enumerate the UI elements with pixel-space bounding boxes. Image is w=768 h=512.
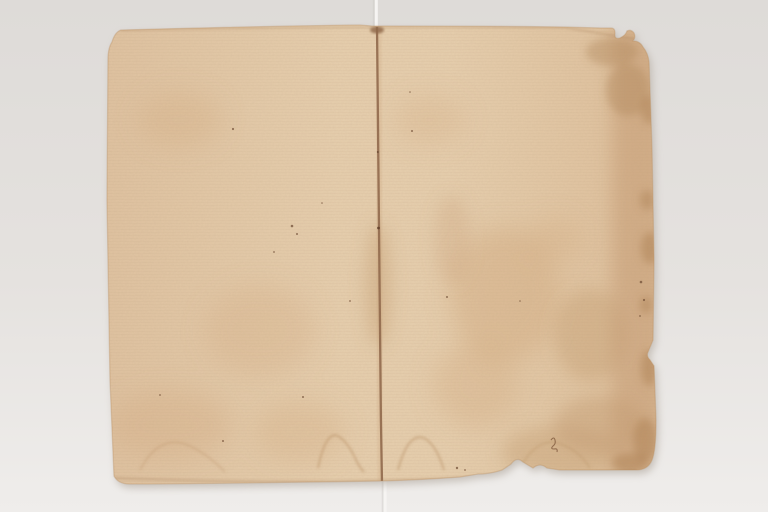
support-line-top-shadow	[373, 0, 375, 27]
support-line-top	[373, 0, 378, 27]
support-line-top-highlight	[375, 0, 378, 27]
artifact-photo-canvas	[0, 0, 768, 512]
paper-grain	[100, 20, 660, 490]
aged-paper-photo	[0, 0, 768, 512]
paper-surface-detail	[100, 20, 662, 490]
